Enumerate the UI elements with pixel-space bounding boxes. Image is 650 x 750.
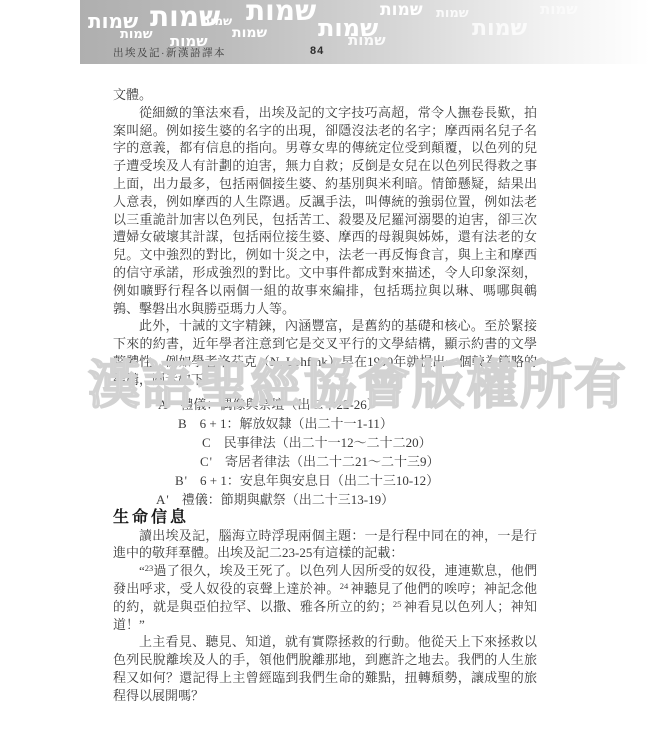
outline-item: A'禮儀：節期與獻祭（出二十三13-19） [156, 490, 537, 509]
outline-item: C'寄居者律法（出二十二21～二十三9） [200, 452, 537, 471]
text-column: 文體。 從細緻的筆法來看，出埃及記的文字技巧高超，常令人撫卷長歎，拍案叫絕。例如… [113, 86, 537, 705]
outline-text: 6 + 1：安息年與安息日（出二十三10-12） [200, 473, 439, 488]
hebrew-shemot-decoration: שמות [232, 26, 267, 40]
outline-label: A [158, 395, 168, 414]
paragraph-application: 上主看見、聽見、知道，就有實際拯救的行動。他從天上下來拯救以色列民脫離埃及人的手… [113, 633, 537, 704]
outline-text: 禮儀：偶像與祭壇（出二十22-26） [180, 397, 379, 412]
outline-label: A' [156, 490, 170, 509]
hebrew-shemot-decoration: שמות [120, 28, 153, 41]
scripture-quote: “23過了很久，埃及王死了。以色列人因所受的奴役，連連歎息，他們發出呼求，受人奴… [113, 562, 537, 633]
running-head: 出埃及記·新漢語譯本 84 [113, 45, 537, 61]
hebrew-shemot-decoration: שמות [202, 15, 232, 27]
paragraph-covenant-structure: 此外，十誡的文字精鍊，內涵豐富，是舊約的基礎和核心。至於緊接下來的約書，近年學者… [113, 317, 537, 388]
outline-item: B6 + 1：解放奴隸（出二十一1-11） [178, 414, 537, 433]
paragraph-literary-style: 從細緻的筆法來看，出埃及記的文字技巧高超，常令人撫卷長歎，拍案叫絕。例如接生婆的… [113, 104, 537, 318]
hebrew-shemot-decoration: שמות [540, 2, 578, 17]
verse-number-24: 24 [340, 581, 351, 591]
verse-number-25: 25 [393, 599, 404, 609]
page-number: 84 [310, 45, 324, 57]
hebrew-shemot-decoration: שמות [472, 18, 527, 40]
hebrew-shemot-decoration: שמות [436, 7, 469, 20]
hebrew-shemot-decoration: שמות [380, 2, 423, 19]
outline-label: C [202, 433, 212, 452]
outline-text: 禮儀：節期與獻祭（出二十三13-19） [182, 492, 394, 507]
outline-item: A禮儀：偶像與祭壇（出二十22-26） [158, 395, 537, 414]
paragraph-tail-line: 文體。 [113, 86, 537, 104]
book-page: שמות שמות שמות שמות שמות שמות שמות שמות … [0, 0, 650, 750]
outline-item: C民事律法（出二十一12～二十二20） [202, 433, 537, 452]
verse-number-23: 23 [145, 563, 154, 573]
book-title: 出埃及記·新漢語譯本 [113, 45, 226, 60]
outline-text: 民事律法（出二十一12～二十二20） [224, 435, 432, 450]
outline-label: B [178, 414, 188, 433]
outline-text: 6 + 1：解放奴隸（出二十一1-11） [200, 416, 393, 431]
outline-text: 寄居者律法（出二十二21～二十三9） [225, 454, 440, 469]
chiastic-outline: A禮儀：偶像與祭壇（出二十22-26） B6 + 1：解放奴隸（出二十一1-11… [113, 395, 537, 509]
section-heading-life-message: 生命信息 [113, 509, 537, 527]
outline-item: B'6 + 1：安息年與安息日（出二十三10-12） [175, 471, 537, 490]
hebrew-shemot-decoration: שמות [246, 0, 316, 25]
paragraph-two-themes: 讀出埃及記，腦海立時浮現兩個主題：一是行程中同在的神，一是行進中的敬拜羣體。出埃… [113, 527, 537, 563]
outline-label: C' [200, 452, 213, 471]
outline-label: B' [175, 471, 188, 490]
